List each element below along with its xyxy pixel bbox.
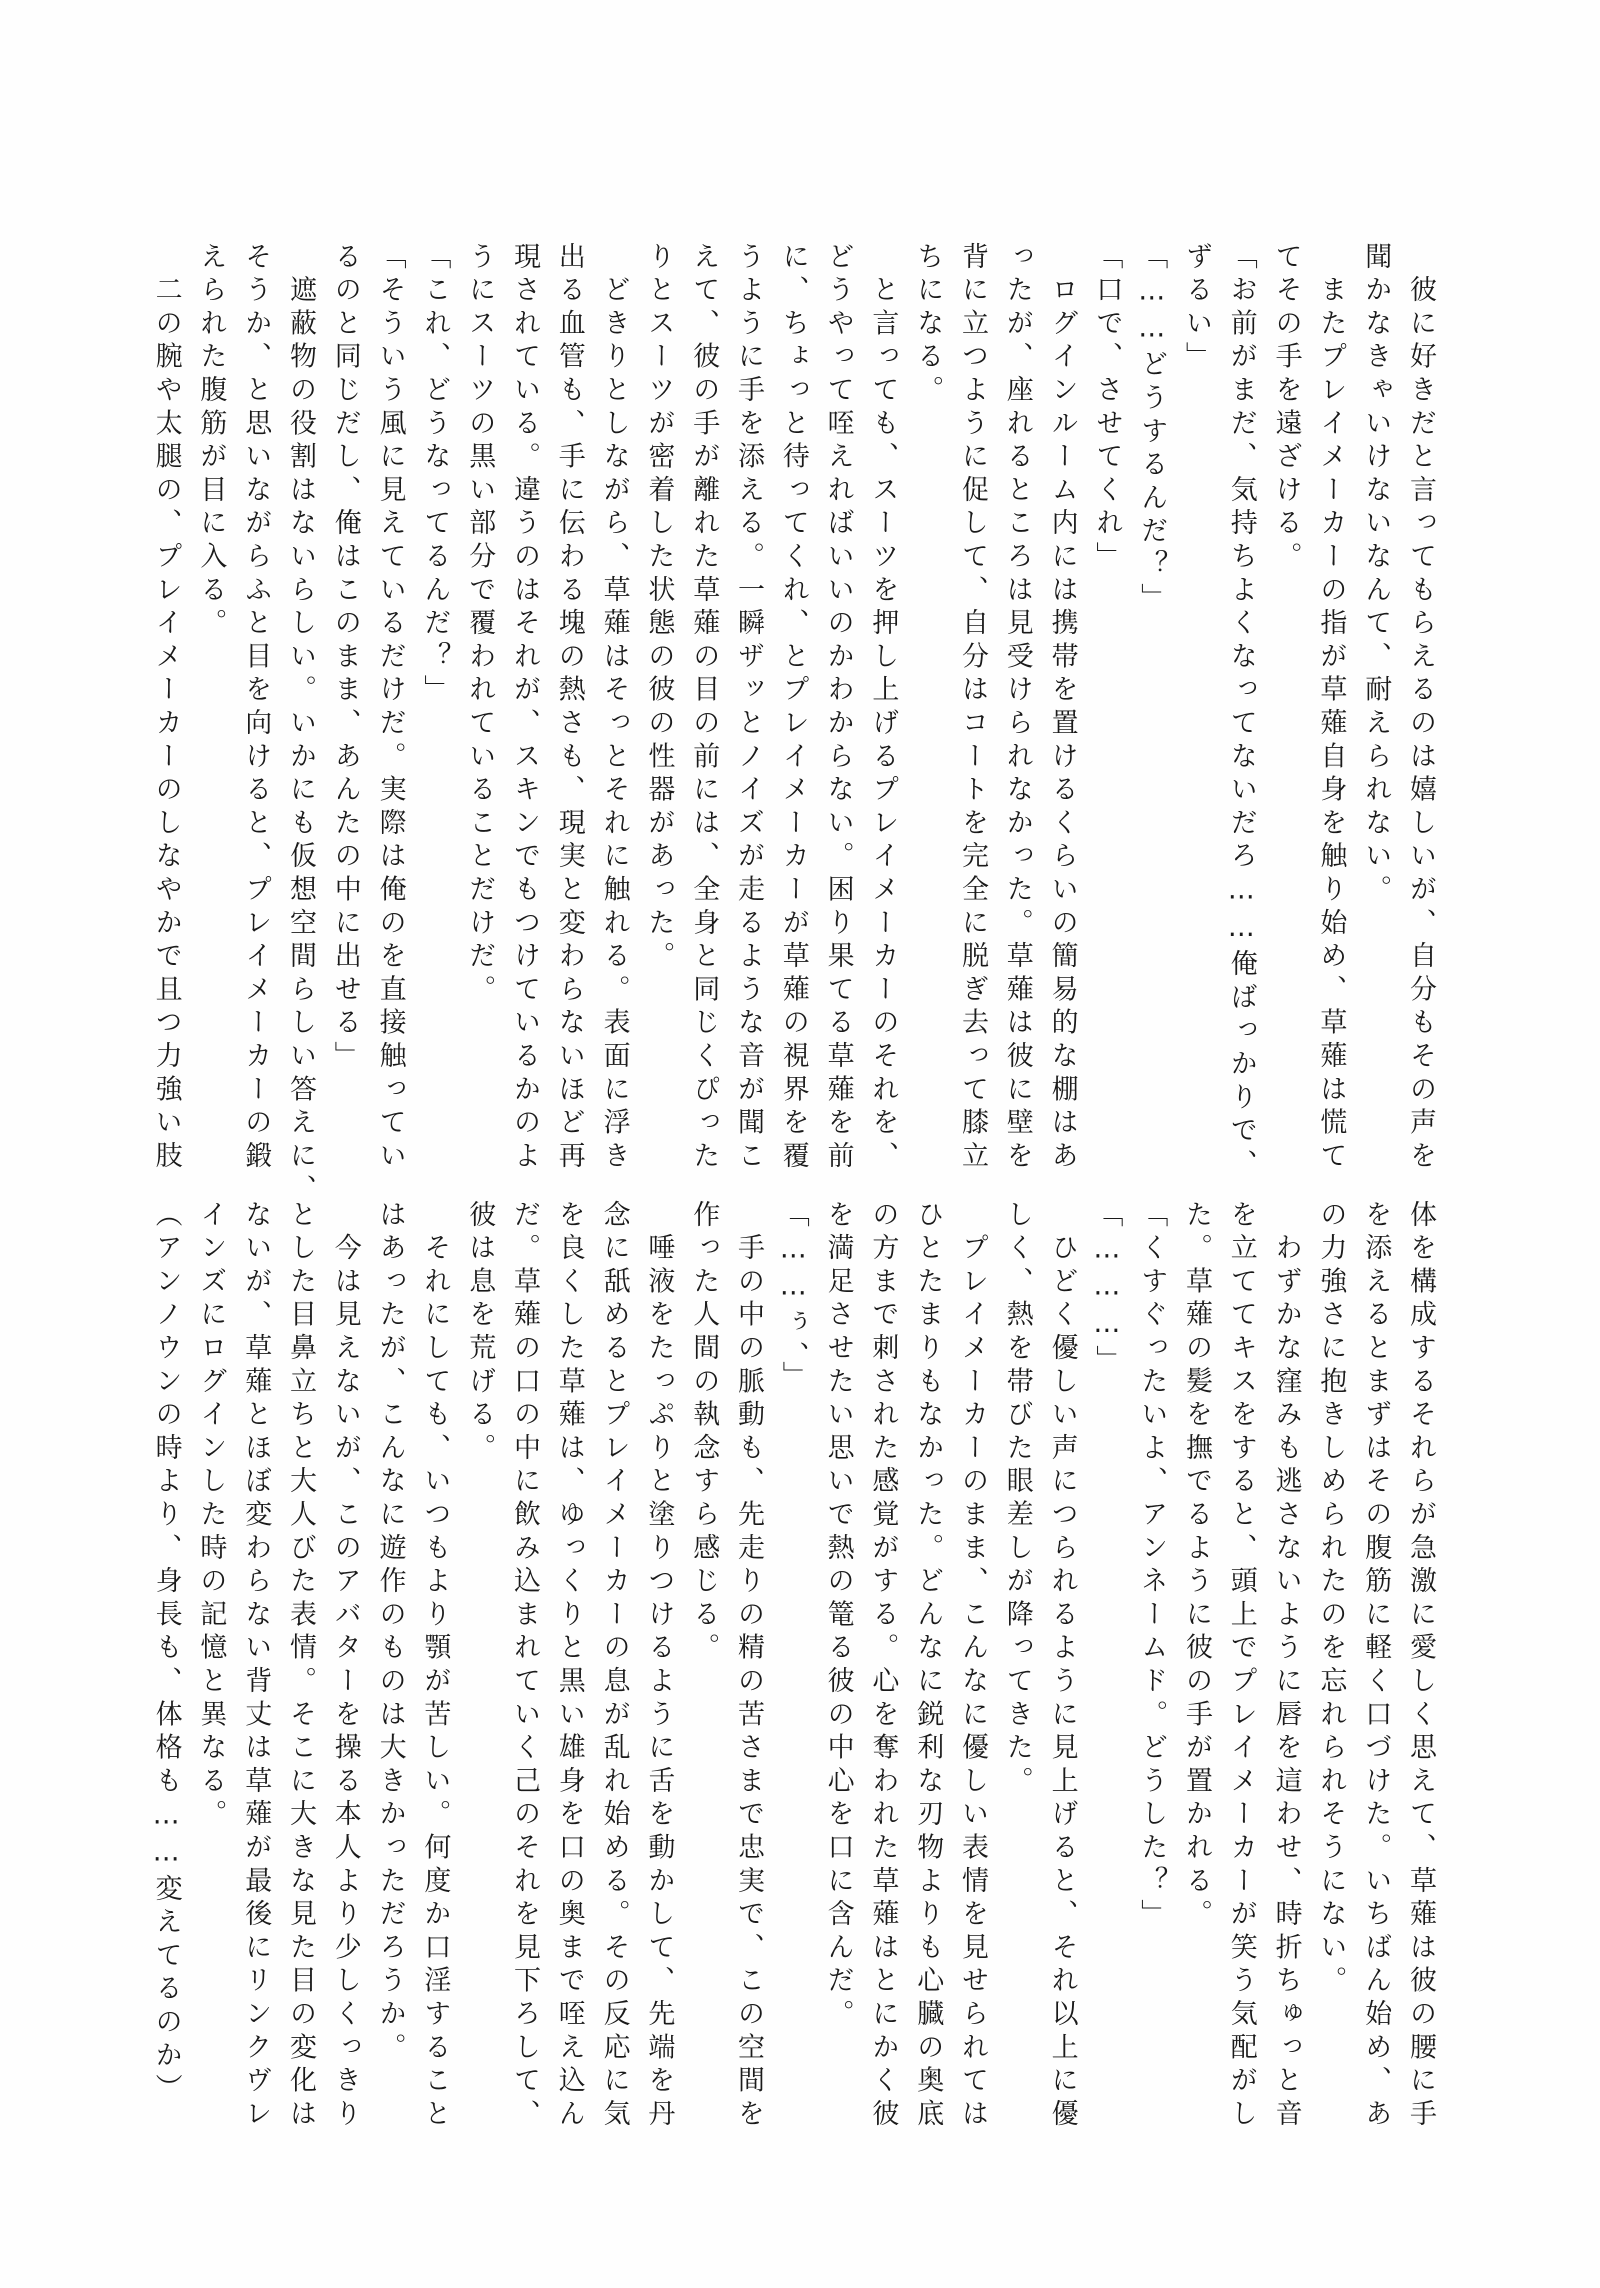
text-column: 作った人間の執念すら感じる。 bbox=[688, 1200, 718, 1666]
text-column: どうやって咥えればいいのかわからない。困り果てる草薙を前 bbox=[823, 242, 853, 1174]
text-column: そうか、と思いながらふと目を向けると、プレイメーカーの鍛 bbox=[240, 242, 270, 1174]
text-column: わずかな窪みも逃さないように唇を這わせ、時折ちゅっと音 bbox=[1271, 1200, 1301, 2132]
text-column: 「そういう風に見えているだけだ。実際は俺のを直接触ってい bbox=[375, 242, 405, 1174]
text-column: えて、彼の手が離れた草薙の目の前には、全身と同じくぴった bbox=[688, 242, 718, 1174]
text-column: の方まで刺された感覚がする。心を奪われた草薙はとにかく彼 bbox=[867, 1200, 897, 2132]
text-column: 聞かなきゃいけないなんて、耐えられない。 bbox=[1360, 242, 1390, 908]
text-column: た。草薙の髪を撫でるように彼の手が置かれる。 bbox=[1181, 1200, 1211, 1933]
text-column: えられた腹筋が目に入る。 bbox=[195, 242, 225, 642]
text-column: 手の中の脈動も、先走りの精の苦さまで忠実で、この空間を bbox=[733, 1200, 763, 2132]
text-column: ひとたまりもなかった。どんなに鋭利な刃物よりも心臓の奥底 bbox=[912, 1200, 942, 2132]
text-column: 出る血管も、手に伝わる塊の熱さも、現実と変わらないほど再 bbox=[554, 242, 584, 1174]
text-column: ちになる。 bbox=[912, 242, 942, 409]
text-column: てその手を遠ざける。 bbox=[1271, 242, 1301, 575]
text-column: 現されている。違うのはそれが、スキンでもつけているかのよ bbox=[509, 242, 539, 1174]
text-column: プレイメーカーのまま、こんなに優しい表情を見せられては bbox=[957, 1200, 987, 2132]
text-column: りとスーツが密着した状態の彼の性器があった。 bbox=[643, 242, 673, 975]
text-column: 背に立つように促して、自分はコートを完全に脱ぎ去って膝立 bbox=[957, 242, 987, 1174]
text-column: 「お前がまだ、気持ちよくなってないだろ……俺ばっかりで、 bbox=[1226, 242, 1256, 1182]
text-column: 念に舐めるとプレイメーカーの息が乱れ始める。その反応に気 bbox=[599, 1200, 629, 2132]
text-column: に、ちょっと待ってくれ、とプレイメーカーが草薙の視界を覆 bbox=[778, 242, 808, 1174]
text-column: の力強さに抱きしめられたのを忘れられそうにない。 bbox=[1315, 1200, 1345, 1999]
text-column: ひどく優しい声につられるように見上げると、それ以上に優 bbox=[1047, 1200, 1077, 2132]
text-column: るのと同じだし、俺はこのまま、あんたの中に出せる」 bbox=[330, 242, 360, 1075]
text-column: を良くした草薙は、ゆっくりと黒い雄身を口の奥まで咥え込ん bbox=[554, 1200, 584, 2132]
text-column: それにしても、いつもより顎が苦しい。何度か口淫すること bbox=[419, 1200, 449, 2132]
text-column: ないが、草薙とほぼ変わらない背丈は草薙が最後にリンクヴレ bbox=[240, 1200, 270, 2132]
text-column: と言っても、スーツを押し上げるプレイメーカーのそれを、 bbox=[867, 242, 897, 1174]
text-column: 今は見えないが、このアバターを操る本人より少しくっきり bbox=[330, 1200, 360, 2132]
text-column: 「くすぐったいよ、アンネームド。どうした？」 bbox=[1136, 1200, 1166, 1933]
text-column: ログインルーム内には携帯を置けるくらいの簡易的な棚はあ bbox=[1047, 242, 1077, 1174]
text-column: しく、熱を帯びた眼差しが降ってきた。 bbox=[1002, 1200, 1032, 1799]
lower-text-block: 体を構成するそれらが急激に愛しく思えて、草薙は彼の腰に手を添えるとまずはその腹筋… bbox=[0, 1200, 1600, 2100]
text-column: を満足させたい思いで熱の篭る彼の中心を口に含んだ。 bbox=[823, 1200, 853, 2033]
text-column: ずるい」 bbox=[1181, 242, 1211, 375]
text-column: 二の腕や太腿の、プレイメーカーのしなやかで且つ力強い肢 bbox=[151, 242, 181, 1174]
text-column: 体を構成するそれらが急激に愛しく思えて、草薙は彼の腰に手 bbox=[1405, 1200, 1435, 2132]
text-column: 彼に好きだと言ってもらえるのは嬉しいが、自分もその声を bbox=[1405, 242, 1435, 1174]
text-column: を立ててキスをすると、頭上でプレイメーカーが笑う気配がし bbox=[1226, 1200, 1256, 2132]
text-column: 「口で、させてくれ」 bbox=[1091, 242, 1121, 575]
upper-text-block: 彼に好きだと言ってもらえるのは嬉しいが、自分もその声を聞かなきゃいけないなんて、… bbox=[0, 242, 1600, 1142]
text-column: ったが、座れるところは見受けられなかった。草薙は彼に壁を bbox=[1002, 242, 1032, 1174]
text-column: だ。草薙の口の中に飲み込まれていく己のそれを見下ろして、 bbox=[509, 1200, 539, 2132]
text-column: インズにログインした時の記憶と異なる。 bbox=[195, 1200, 225, 1833]
text-column: 「……どうするんだ？」 bbox=[1136, 242, 1166, 616]
text-column: うにスーツの黒い部分で覆われていることだけだ。 bbox=[464, 242, 494, 1008]
text-column: どきりとしながら、草薙はそっとそれに触れる。表面に浮き bbox=[599, 242, 629, 1174]
text-column: とした目鼻立ちと大人びた表情。そこに大きな見た目の変化は bbox=[285, 1200, 315, 2132]
text-column: またプレイメーカーの指が草薙自身を触り始め、草薙は慌て bbox=[1315, 242, 1345, 1174]
text-column: 遮蔽物の役割はないらしい。いかにも仮想空間らしい答えに、 bbox=[285, 242, 315, 1208]
book-page: 彼に好きだと言ってもらえるのは嬉しいが、自分もその声を聞かなきゃいけないなんて、… bbox=[0, 0, 1600, 2288]
text-column: 「……ぅ、」 bbox=[778, 1200, 808, 1394]
text-column: うように手を添える。一瞬ザッとノイズが走るような音が聞こ bbox=[733, 242, 763, 1174]
text-column: （アンノウンの時より、身長も、体格も……変えてるのか） bbox=[151, 1200, 181, 2107]
text-column: を添えるとまずはその腹筋に軽く口づけた。いちばん始め、あ bbox=[1360, 1200, 1390, 2132]
text-column: 彼は息を荒げる。 bbox=[464, 1200, 494, 1466]
text-column: 「………」 bbox=[1091, 1200, 1121, 1379]
text-column: 唾液をたっぷりと塗りつけるように舌を動かして、先端を丹 bbox=[643, 1200, 673, 2132]
text-column: 「これ、どうなってるんだ？」 bbox=[419, 242, 449, 708]
text-column: はあったが、こんなに遊作のものは大きかっただろうか。 bbox=[375, 1200, 405, 2066]
